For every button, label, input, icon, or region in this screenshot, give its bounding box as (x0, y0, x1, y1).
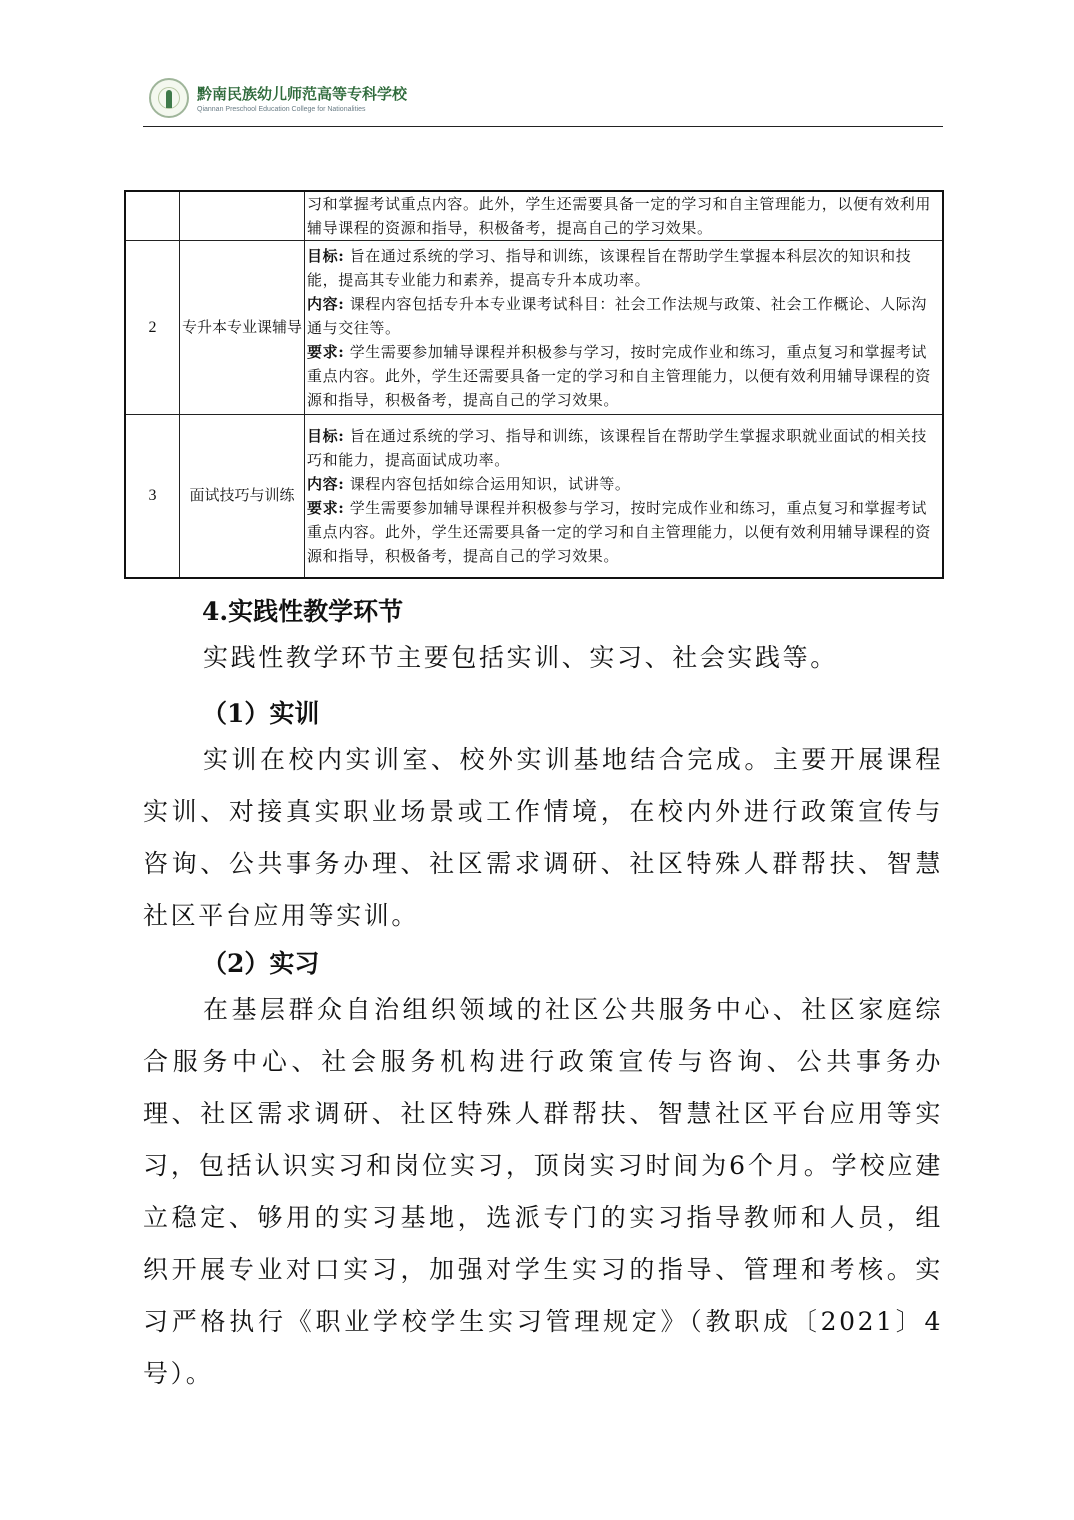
table-row: 2 专升本专业课辅导 目标: 旨在通过系统的学习、指导和训练，该课程旨在帮助学生… (125, 241, 943, 415)
course-table: 习和掌握考试重点内容。此外，学生还需要具备一定的学习和自主管理能力，以便有效利用… (124, 190, 944, 579)
course-description: 习和掌握考试重点内容。此外，学生还需要具备一定的学习和自主管理能力，以便有效利用… (305, 191, 944, 241)
emblem-tree (166, 90, 172, 108)
desc-goal: 目标: 旨在通过系统的学习、指导和训练，该课程旨在帮助学生掌握本科层次的知识和技… (307, 244, 940, 292)
goal-label: 目标: (307, 247, 344, 265)
desc-goal: 目标: 旨在通过系统的学习、指导和训练，该课程旨在帮助学生掌握求职就业面试的相关… (307, 424, 940, 472)
content-text: 课程内容包括如综合运用知识，试讲等。 (344, 475, 630, 493)
school-emblem-icon (149, 78, 189, 118)
course-description: 目标: 旨在通过系统的学习、指导和训练，该课程旨在帮助学生掌握求职就业面试的相关… (305, 415, 944, 578)
goal-label: 目标: (307, 427, 344, 445)
table-row: 3 面试技巧与训练 目标: 旨在通过系统的学习、指导和训练，该课程旨在帮助学生掌… (125, 415, 943, 578)
row-number: 2 (125, 241, 180, 415)
content-label: 内容: (307, 475, 344, 493)
course-name (180, 191, 305, 241)
desc-requirement: 要求: 学生需要参加辅导课程并积极参与学习，按时完成作业和练习，重点复习和掌握考… (307, 340, 940, 412)
header-divider (143, 126, 943, 127)
internship-paragraph: 在基层群众自治组织领域的社区公共服务中心、社区家庭综合服务中心、社会服务机构进行… (143, 984, 943, 1400)
section-intro: 实践性教学环节主要包括实训、实习、社会实践等。 (143, 632, 943, 684)
section-heading: 4.实践性教学环节 (202, 592, 403, 628)
table-row: 习和掌握考试重点内容。此外，学生还需要具备一定的学习和自主管理能力，以便有效利用… (125, 191, 943, 241)
page-header: 黔南民族幼儿师范高等专科学校 Qiannan Preschool Educati… (143, 70, 943, 127)
requirement-label: 要求: (307, 499, 344, 517)
goal-text: 旨在通过系统的学习、指导和训练，该课程旨在帮助学生掌握求职就业面试的相关技巧和能… (307, 427, 927, 469)
school-name-cn: 黔南民族幼儿师范高等专科学校 (197, 83, 407, 104)
content-label: 内容: (307, 295, 344, 313)
row-number: 3 (125, 415, 180, 578)
requirement-text: 学生需要参加辅导课程并积极参与学习，按时完成作业和练习，重点复习和掌握考试重点内… (307, 499, 931, 565)
course-name: 专升本专业课辅导 (180, 241, 305, 415)
course-description: 目标: 旨在通过系统的学习、指导和训练，该课程旨在帮助学生掌握本科层次的知识和技… (305, 241, 944, 415)
goal-text: 旨在通过系统的学习、指导和训练，该课程旨在帮助学生掌握本科层次的知识和技能，提高… (307, 247, 911, 289)
course-name: 面试技巧与训练 (180, 415, 305, 578)
requirement-text: 学生需要参加辅导课程并积极参与学习，按时完成作业和练习，重点复习和掌握考试重点内… (307, 343, 931, 409)
training-paragraph: 实训在校内实训室、校外实训基地结合完成。主要开展课程实训、对接真实职业场景或工作… (143, 734, 943, 942)
desc-content: 内容: 课程内容包括专升本专业课考试科目：社会工作法规与政策、社会工作概论、人际… (307, 292, 940, 340)
desc-requirement: 要求: 学生需要参加辅导课程并积极参与学习，按时完成作业和练习，重点复习和掌握考… (307, 496, 940, 568)
desc-text: 习和掌握考试重点内容。此外，学生还需要具备一定的学习和自主管理能力，以便有效利用… (307, 195, 931, 237)
subsection-heading-internship: （2）实习 (202, 944, 319, 980)
school-name-en: Qiannan Preschool Education College for … (197, 106, 366, 113)
content-text: 课程内容包括专升本专业课考试科目：社会工作法规与政策、社会工作概论、人际沟通与交… (307, 295, 927, 337)
subsection-heading-training: （1）实训 (202, 694, 319, 730)
row-number (125, 191, 180, 241)
desc-content: 内容: 课程内容包括如综合运用知识，试讲等。 (307, 472, 940, 496)
requirement-label: 要求: (307, 343, 344, 361)
